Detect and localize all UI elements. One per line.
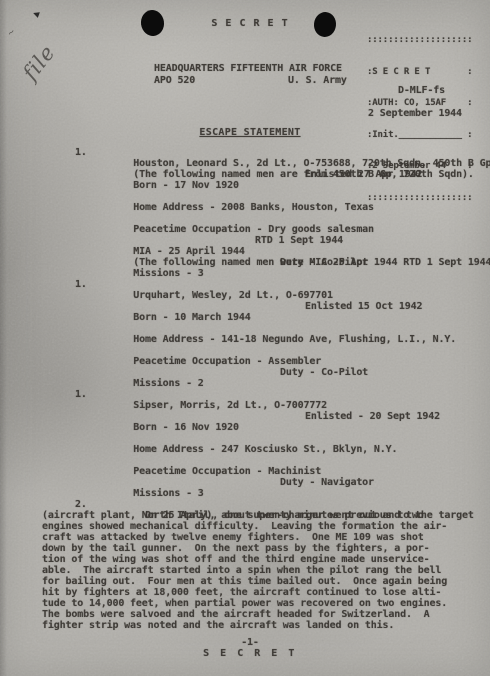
entry-urquhart-address-row: Home Address - 141-18 Negundo Ave, Flush… [42,323,478,334]
home-address-value: Home Address - 2008 Banks, Houston, Texa… [133,202,374,213]
scanned-document-page: ~ file S E C R E T :::::::::::::::::::: … [0,0,490,676]
document-date: 2 September 1944 [368,108,462,119]
paragraph-line: down by the tail gunner. On the next pas… [42,543,478,554]
paragraph-line: able. The aircraft started into a spin w… [42,565,478,576]
entry-name-line: Urquhart, Wesley, 2d Lt., O-697701 [133,290,333,301]
paragraph-line: for bailing out. Four men at this time b… [42,576,478,587]
entry-sipser-born-row: Born - 16 Nov 1920 Enlisted - 20 Sept 19… [42,411,478,422]
paragraph-text: tion of the wing was shot off and the th… [42,554,429,565]
entry-houston-name-row: 1.Houston, Leonard S., 2d Lt., O-753688,… [42,147,478,158]
entry-houston-mia-row: MIA - 25 April 1944 RTD 1 Sept 1944 [42,235,478,246]
stamp-auth-line: :AUTH: CO, 15AF : [367,98,472,109]
paragraph-line: tude to 14,000 feet, when partial power … [42,598,478,609]
enlisted-value: Enlisted - 20 Sept 1942 [305,411,440,422]
document-body: 1.Houston, Leonard S., 2d Lt., O-753688,… [42,147,478,631]
page-number: -1- [10,637,490,648]
entry-houston-born-row: Born - 17 Nov 1920 Enlisted 27 Apr 1942 [42,169,478,180]
missions-value: Missions - 2 [133,378,203,389]
rtd-value: RTD 1 Sept 1944 [255,235,343,246]
paragraph-text: hit by fighters at 18,000 feet, the airc… [42,587,441,598]
paragraph-line: engines showed mechanical difficulty. Le… [42,521,478,532]
duty-value: Duty - Co-Pilot [280,257,368,268]
entry-name-line: Sipser, Morris, 2d Lt., O-7007772 [133,400,327,411]
pencil-arrow-mark [32,10,40,18]
paragraph-line: tion of the wing was shot off and the th… [42,554,478,565]
document-title: ESCAPE STATEMENT [10,127,490,138]
born-value: Born - 16 Nov 1920 [133,422,239,433]
paragraph-text: (aircraft plant, North Italy), one super… [42,510,424,521]
entry-number: 1. [75,279,87,290]
entry-sipser-address-row: Home Address - 247 Kosciusko St., Bklyn,… [42,433,478,444]
paragraph-text: tude to 14,000 feet, when partial power … [42,598,447,609]
enlisted-value: Enlisted 27 Apr 1942 [305,169,422,180]
born-value: Born - 17 Nov 1920 [133,180,239,191]
paragraph-line: 2.On 25 April, about twenty minutes prev… [42,499,478,510]
secret-classification-bottom: S E C R E T [10,648,490,659]
entry-urquhart-occupation-row: Peacetime Occupation - Assembler [42,345,478,356]
apo-number: APO 520 [154,75,195,86]
paragraph-text: The bombs were salvoed and the aircraft … [42,609,429,620]
duty-value: Duty - Co-Pilot [280,367,368,378]
stamp-border-top: :::::::::::::::::::: [367,35,472,46]
duty-value: Duty - Navigator [280,477,374,488]
entry-urquhart-name-row: 1.Urquhart, Wesley, 2d Lt., O-697701 [42,279,478,290]
narrative-paragraph: 2.On 25 April, about twenty minutes prev… [42,499,478,631]
entry-sipser-name-row: 1.Sipser, Morris, 2d Lt., O-7007772 [42,389,478,400]
stamp-secret-line: :S E C R E T : [367,67,472,78]
office-symbol: D-MLF-fs [398,85,445,96]
paragraph-text: able. The aircraft started into a spin w… [42,565,441,576]
paragraph-line: hit by fighters at 18,000 feet, the airc… [42,587,478,598]
entry-houston-address-row: Home Address - 2008 Banks, Houston, Texa… [42,191,478,202]
us-army-label: U. S. Army [288,75,347,86]
entry-houston-occupation-row: Peacetime Occupation - Dry goods salesma… [42,213,478,224]
occupation-value: Peacetime Occupation - Machinist [133,466,321,477]
missions-value: Missions - 3 [133,268,203,279]
born-value: Born - 10 March 1944 [133,312,250,323]
paragraph-line: craft was attacked by twelve enemy fight… [42,532,478,543]
occupation-value: Peacetime Occupation - Assembler [133,356,321,367]
paragraph-line: The bombs were salvoed and the aircraft … [42,609,478,620]
paragraph-text: down by the tail gunner. On the next pas… [42,543,429,554]
entry-urquhart-missions-row: Missions - 2 Duty - Co-Pilot [42,367,478,378]
occupation-value: Peacetime Occupation - Dry goods salesma… [133,224,374,235]
paragraph-text: for bailing out. Four men at this time b… [42,576,447,587]
missions-value: Missions - 3 [133,488,203,499]
paragraph-text: fighter strip was noted and the aircraft… [42,620,394,631]
handwritten-file-annotation: file [18,40,60,84]
home-address-value: Home Address - 247 Kosciusko St., Bklyn,… [133,444,397,455]
paragraph-text: craft was attacked by twelve enemy fight… [42,532,424,543]
entry-sipser-occupation-row: Peacetime Occupation - Machinist [42,455,478,466]
entry-number: 1. [75,389,87,400]
entry-number: 1. [75,147,87,158]
headquarters-line: HEADQUARTERS FIFTEENTH AIR FORCE [154,63,342,74]
paragraph-number: 2. [75,499,87,510]
paragraph-line: (aircraft plant, North Italy), one super… [42,510,478,521]
entry-houston-missions-row: Missions - 3 Duty - Co-Pilot [42,257,478,268]
paragraph-text: engines showed mechanical difficulty. Le… [42,521,447,532]
entry-sipser-missions-row: Missions - 3 Duty - Navigator [42,477,478,488]
entry-houston-mia-paren-row: (The following named men were MIA 25 Apr… [42,246,478,257]
entry-houston-paren-row: (The following named men are from 450th … [42,158,478,169]
home-address-value: Home Address - 141-18 Negundo Ave, Flush… [133,334,456,345]
enlisted-value: Enlisted 15 Oct 1942 [305,301,422,312]
paragraph-line: fighter strip was noted and the aircraft… [42,620,478,631]
entry-urquhart-born-row: Born - 10 March 1944 Enlisted 15 Oct 194… [42,301,478,312]
